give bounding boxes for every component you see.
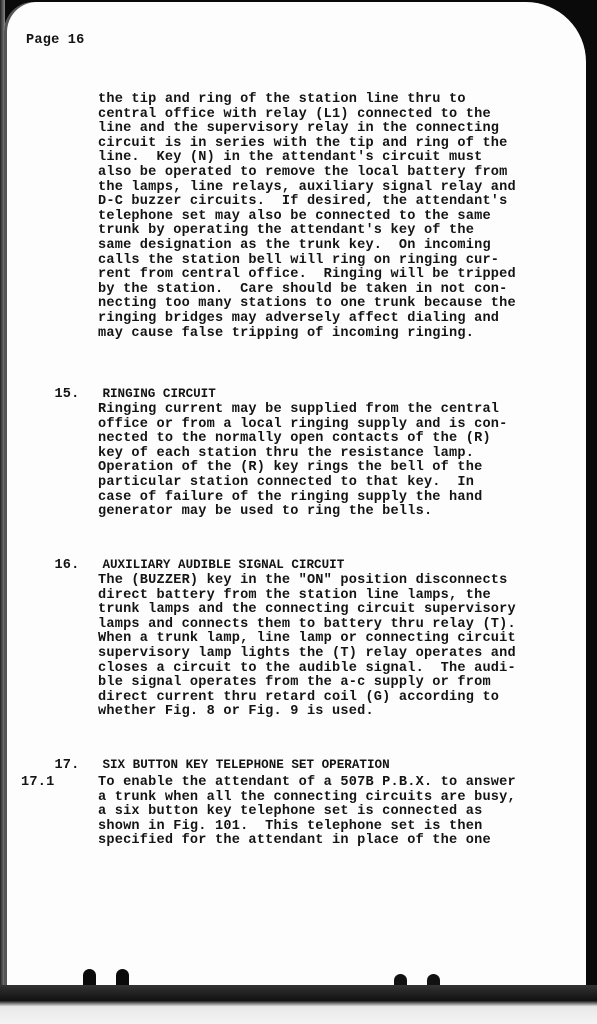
section-16-body: The (BUZZER) key in the "ON" position di… — [98, 574, 568, 720]
text-line: To enable the attendant of a 507B P.B.X.… — [98, 776, 568, 791]
text-line: same designation as the trunk key. On in… — [98, 239, 568, 254]
text-line: central office with relay (L1) connected… — [98, 108, 568, 123]
text-line: necting too many stations to one trunk b… — [98, 297, 568, 312]
text-line: office or from a local ringing supply an… — [98, 418, 568, 433]
text-line: trunk lamps and the connecting circuit s… — [98, 603, 568, 618]
text-line: Ringing current may be supplied from the… — [98, 403, 568, 418]
text-line: calls the station bell will ring on ring… — [98, 254, 568, 269]
text-line: generator may be used to ring the bells. — [98, 505, 568, 520]
scan-bottom-edge — [0, 985, 597, 1024]
section-title: SIX BUTTON KEY TELEPHONE SET OPERATION — [102, 758, 389, 772]
text-line: The (BUZZER) key in the "ON" position di… — [98, 574, 568, 589]
text-line: key of each station thru the resistance … — [98, 447, 568, 462]
text-line: circuit is in series with the tip and ri… — [98, 137, 568, 152]
text-line: line. Key (N) in the attendant's circuit… — [98, 151, 568, 166]
text-line: line and the supervisory relay in the co… — [98, 122, 568, 137]
text-line: ringing bridges may adversely affect dia… — [98, 312, 568, 327]
text-line: supervisory lamp lights the (T) relay op… — [98, 647, 568, 662]
section-number: 17. — [54, 759, 102, 774]
text-line: rent from central office. Ringing will b… — [98, 268, 568, 283]
text-line: closes a circuit to the audible signal. … — [98, 662, 568, 677]
section-15-body: Ringing current may be supplied from the… — [98, 403, 568, 520]
text-line: Operation of the (R) key rings the bell … — [98, 461, 568, 476]
section-title: AUXILIARY AUDIBLE SIGNAL CIRCUIT — [102, 558, 344, 572]
text-line: a trunk when all the connecting circuits… — [98, 791, 568, 806]
text-line: shown in Fig. 101. This telephone set is… — [98, 820, 568, 835]
text-line: may cause false tripping of incoming rin… — [98, 327, 568, 342]
text-line: by the station. Care should be taken in … — [98, 283, 568, 298]
section-number: 16. — [54, 559, 102, 574]
page-number: Page 16 — [26, 34, 85, 49]
text-line: When a trunk lamp, line lamp or connecti… — [98, 632, 568, 647]
text-line: direct current thru retard coil (G) acco… — [98, 691, 568, 706]
text-line: ble signal operates from the a-c supply … — [98, 676, 568, 691]
text-line: telephone set may also be connected to t… — [98, 210, 568, 225]
text-line: lamps and connects them to battery thru … — [98, 618, 568, 633]
text-line: specified for the attendant in place of … — [98, 834, 568, 849]
document-page: Page 16 the tip and ring of the station … — [4, 2, 586, 992]
text-line: the lamps, line relays, auxiliary signal… — [98, 181, 568, 196]
section-title: RINGING CIRCUIT — [102, 387, 215, 401]
text-line: also be operated to remove the local bat… — [98, 166, 568, 181]
text-line: nected to the normally open contacts of … — [98, 432, 568, 447]
continuation-paragraph: the tip and ring of the station line thr… — [98, 93, 568, 341]
subsection-17-1-number: 17.1 — [21, 776, 54, 791]
section-number: 15. — [54, 388, 102, 403]
text-line: trunk by operating the attendant's key o… — [98, 224, 568, 239]
text-line: whether Fig. 8 or Fig. 9 is used. — [98, 705, 568, 720]
subsection-17-1-body: To enable the attendant of a 507B P.B.X.… — [98, 776, 568, 849]
text-line: D-C buzzer circuits. If desired, the att… — [98, 195, 568, 210]
text-line: the tip and ring of the station line thr… — [98, 93, 568, 108]
text-line: case of failure of the ringing supply th… — [98, 491, 568, 506]
text-line: direct battery from the station line lam… — [98, 589, 568, 604]
text-line: a six button key telephone set is connec… — [98, 805, 568, 820]
text-line: particular station connected to that key… — [98, 476, 568, 491]
